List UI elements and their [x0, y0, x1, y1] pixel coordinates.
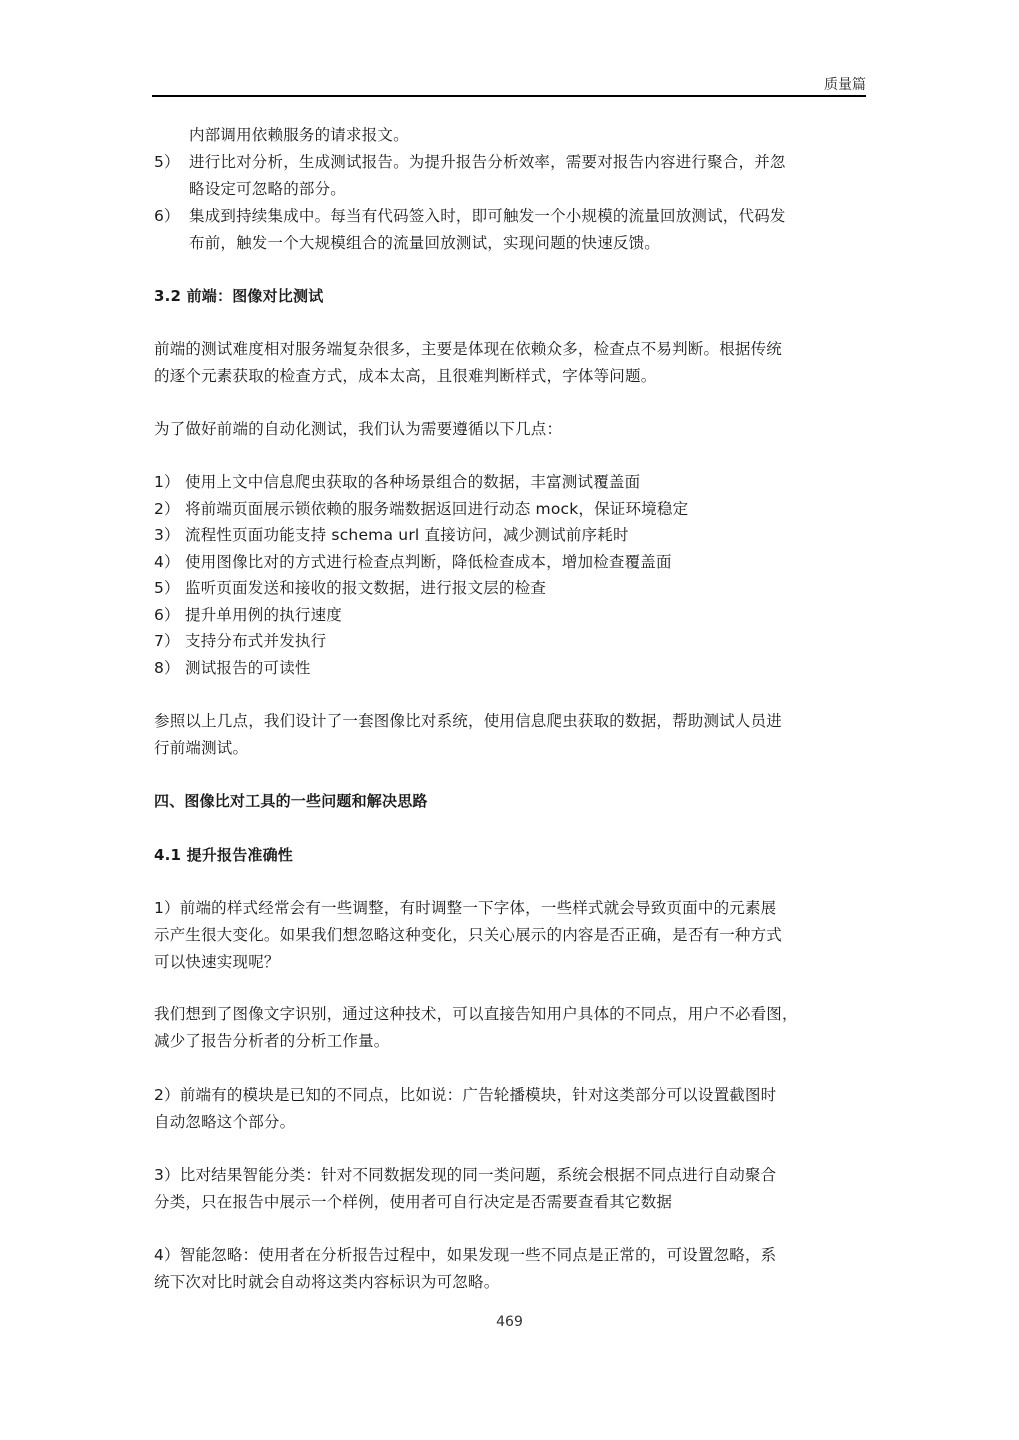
list-item: 5）监听页面发送和接收的报文数据，进行报文层的检查 — [154, 575, 866, 602]
list-item: 1）使用上文中信息爬虫获取的各种场景组合的数据，丰富测试覆盖面 — [154, 469, 866, 496]
section-heading-3-2: 3.2 前端：图像对比测试 — [154, 283, 866, 310]
paragraph: 1）前端的样式经常会有一些调整，有时调整一下字体，一些样式就会导致页面中的元素展… — [154, 895, 866, 976]
paragraph: 前端的测试难度相对服务端复杂很多，主要是体现在依赖众多，检查点不易判断。根据传统… — [154, 336, 866, 390]
list-item: 3）流程性页面功能支持 schema url 直接访问，减少测试前序耗时 — [154, 522, 866, 549]
document-page: 质量篇 内部调用依赖服务的请求报文。 5） 进行比对分析，生成测试报告。为提升报… — [0, 0, 1019, 1440]
header-rule — [152, 95, 866, 97]
paragraph: 我们想到了图像文字识别，通过这种技术，可以直接告知用户具体的不同点，用户不必看图… — [154, 1001, 866, 1055]
page-number: 469 — [0, 1314, 1019, 1330]
continuation-line: 内部调用依赖服务的请求报文。 — [154, 122, 866, 149]
continuation-item-6: 6） 集成到持续集成中。每当有代码签入时，即可触发一个小规模的流量回放测试，代码… — [154, 203, 866, 257]
list-item: 4）使用图像比对的方式进行检查点判断，降低检查成本，增加检查覆盖面 — [154, 549, 866, 576]
paragraph: 3）比对结果智能分类：针对不同数据发现的同一类问题，系统会根据不同点进行自动聚合… — [154, 1162, 866, 1216]
list-item: 8）测试报告的可读性 — [154, 655, 866, 682]
continuation-item-5: 5） 进行比对分析，生成测试报告。为提升报告分析效率，需要对报告内容进行聚合，并… — [154, 149, 866, 203]
numbered-list: 1）使用上文中信息爬虫获取的各种场景组合的数据，丰富测试覆盖面 2）将前端页面展… — [154, 469, 866, 681]
list-item: 7）支持分布式并发执行 — [154, 628, 866, 655]
paragraph: 4）智能忽略：使用者在分析报告过程中，如果发现一些不同点是正常的，可设置忽略，系… — [154, 1242, 866, 1296]
paragraph: 为了做好前端的自动化测试，我们认为需要遵循以下几点： — [154, 416, 866, 443]
list-item: 6）提升单用例的执行速度 — [154, 602, 866, 629]
running-header: 质量篇 — [824, 74, 866, 94]
paragraph: 2）前端有的模块是已知的不同点，比如说：广告轮播模块，针对这类部分可以设置截图时… — [154, 1082, 866, 1136]
paragraph: 参照以上几点，我们设计了一套图像比对系统，使用信息爬虫获取的数据，帮助测试人员进… — [154, 708, 866, 762]
list-item: 2）将前端页面展示锁依赖的服务端数据返回进行动态 mock，保证环境稳定 — [154, 496, 866, 523]
section-heading-4-1: 4.1 提升报告准确性 — [154, 842, 866, 869]
section-heading-4: 四、图像比对工具的一些问题和解决思路 — [154, 788, 866, 815]
